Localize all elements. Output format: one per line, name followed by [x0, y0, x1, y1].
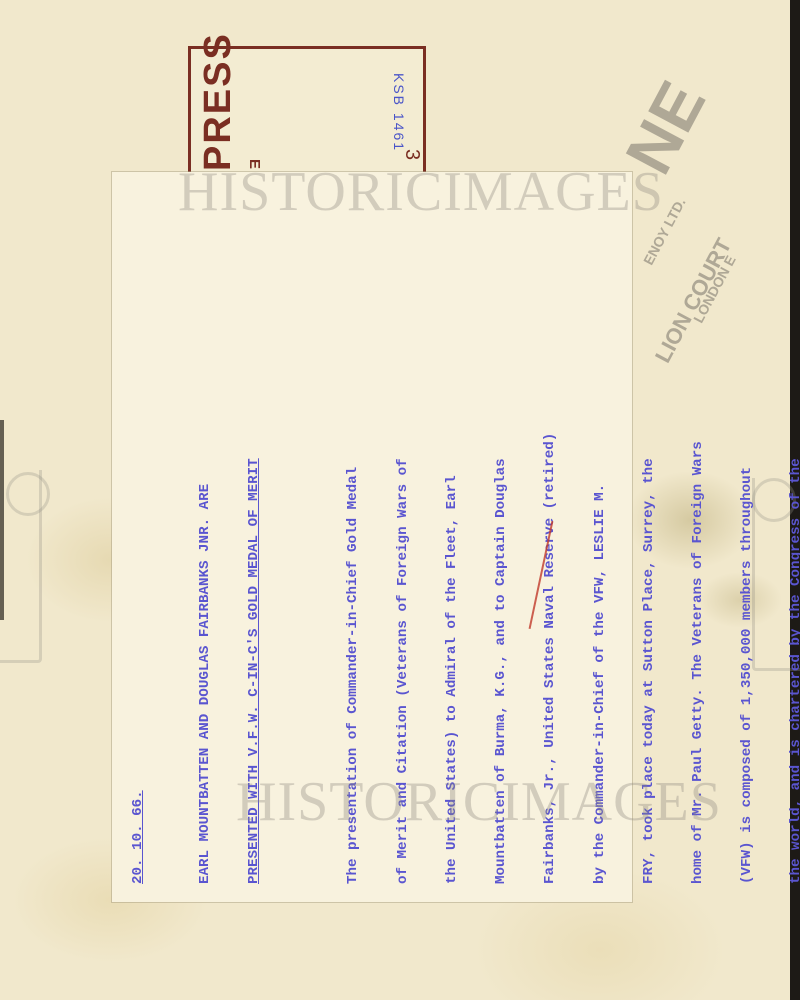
caption-date: 20. 10. 66.	[130, 194, 146, 884]
body-line: (VFW) is composed of 1,350,000 members t…	[739, 194, 755, 884]
ksb-stamp-code: KSB 1461	[391, 73, 407, 152]
headline-line: EARL MOUNTBATTEN AND DOUGLAS FAIRBANKS J…	[197, 194, 213, 884]
watermark-bottom: HISTORICIMAGES	[236, 770, 722, 834]
express-word: PRESS	[197, 32, 240, 171]
body-line: the world, and is chartered by the Congr…	[788, 194, 800, 884]
volute-ornament-left	[6, 472, 50, 516]
watermark-top: HISTORICIMAGES	[178, 160, 664, 224]
ksb-stamp-number: 3	[400, 149, 423, 160]
